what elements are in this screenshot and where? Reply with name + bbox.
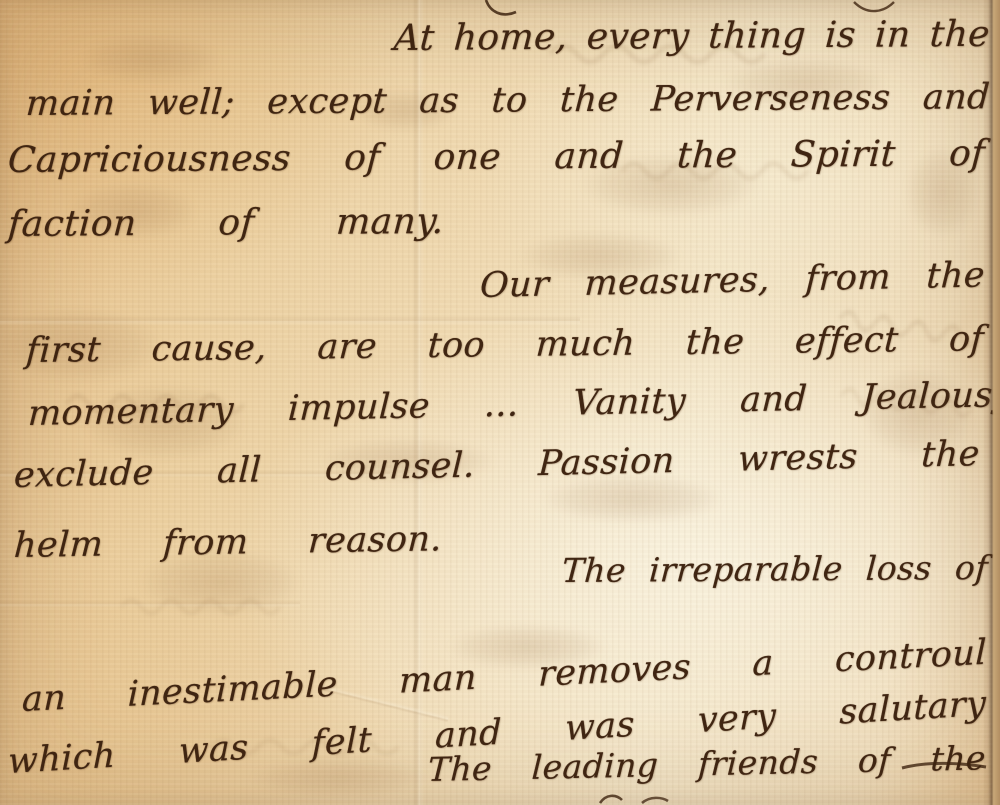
handwritten-line: Capriciousness of one and the Spirit of <box>7 133 987 181</box>
clipped-stroke <box>640 795 670 805</box>
bleedthrough-writing-mark <box>837 305 989 352</box>
ink-bleedthrough-mark <box>495 225 705 287</box>
bleedthrough-writing-mark <box>120 595 290 617</box>
clipped-stroke <box>480 0 520 24</box>
ink-bleedthrough-mark <box>340 85 470 137</box>
handwritten-line: The irreparable loss of <box>561 548 989 590</box>
handwritten-line: which was felt and was very salutary <box>8 684 987 782</box>
bleedthrough-writing-mark <box>210 735 410 757</box>
ink-bleedthrough-mark <box>425 618 630 676</box>
ink-bleedthrough-mark <box>60 28 240 90</box>
bleedthrough-writing-mark <box>620 158 820 182</box>
bleedthrough-writing-mark <box>65 390 255 416</box>
ink-bleedthrough-mark <box>555 145 785 225</box>
ink-bleedthrough-mark <box>225 752 455 804</box>
ink-bleedthrough-mark <box>895 135 990 250</box>
paper-crease-diagonal <box>321 684 449 722</box>
pen-flourish <box>900 758 988 774</box>
ink-bleedthrough-mark <box>50 175 215 247</box>
clipped-stroke <box>852 0 896 18</box>
manuscript-letter-photo: At home, every thing is in the main well… <box>0 0 1000 805</box>
clipped-stroke <box>598 792 624 805</box>
page-edge-shadow <box>983 0 1000 805</box>
bleedthrough-writing-mark <box>548 40 778 66</box>
ink-bleedthrough-mark <box>295 432 520 490</box>
ink-bleedthrough-mark <box>515 468 750 530</box>
handwritten-line: The leading friends of the <box>427 738 987 789</box>
